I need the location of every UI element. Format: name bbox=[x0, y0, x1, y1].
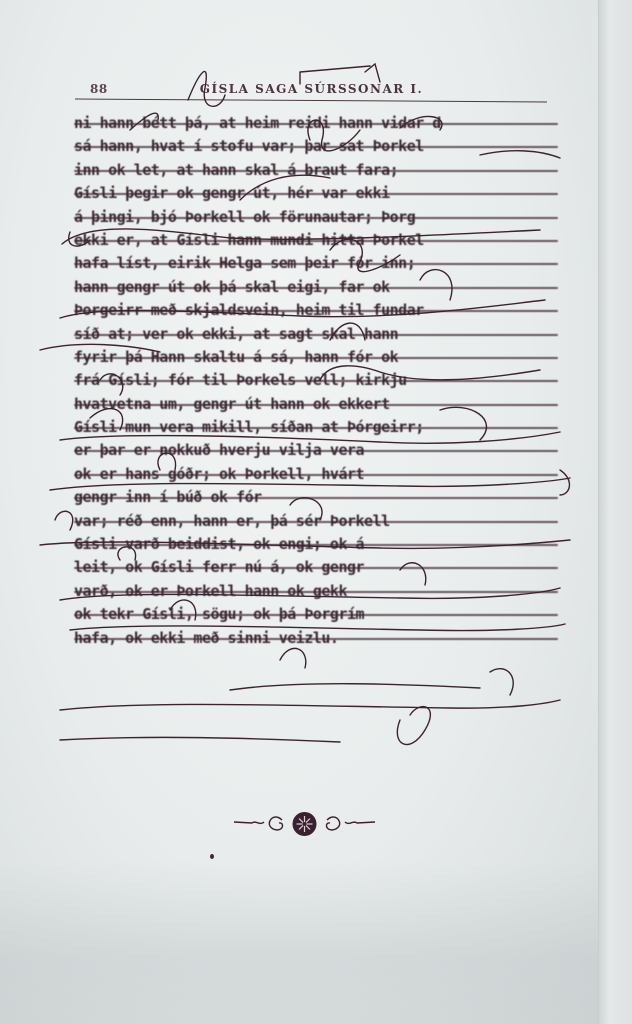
text-line: síð at; ver ok ekki, at sagt skal hann bbox=[74, 323, 558, 346]
running-head: 88 GÍSLA SAGA SÚRSSONAR I. bbox=[90, 74, 550, 96]
text-line: hafa, ok ekki með sinni veizlu. bbox=[74, 627, 558, 650]
text-line: varð, ok er Þorkell hann ok gekk bbox=[74, 580, 558, 603]
ink-speck bbox=[210, 854, 214, 859]
text-line: á þingi, bjó Þorkell ok förunautar; Þorg bbox=[74, 206, 558, 229]
end-ornament-icon bbox=[232, 810, 377, 840]
text-line: var; réð enn, hann er, þá sér Þorkell bbox=[74, 510, 558, 533]
text-line: er þar er nokkuð hverju vilja vera bbox=[74, 439, 558, 462]
page-number: 88 bbox=[90, 82, 108, 96]
text-line: Gísli mun vera mikill, síðan at Þórgeirr… bbox=[74, 416, 558, 439]
text-line: sá hann, hvat í stofu var; þar sat Þorke… bbox=[74, 135, 558, 158]
text-line: ekki er, at Gísli hann mundi hitta Þorke… bbox=[74, 229, 558, 252]
text-line: ok tekr Gísli, sögu; ok þá Þorgrím bbox=[74, 603, 558, 626]
text-line: inn ok let, at hann skal á braut fara; bbox=[74, 159, 558, 182]
text-line: fyrir þá Hann skaltu á sá, hann fór ok bbox=[74, 346, 558, 369]
text-line: ni hann bétt þá, at heim reidi hann vida… bbox=[74, 112, 558, 135]
page-shadow bbox=[0, 860, 598, 1024]
text-line: Gísli varð beiddist, ok engi; ok á bbox=[74, 533, 558, 556]
text-line: hann gengr út ok þá skal eigi, far ok bbox=[74, 276, 558, 299]
text-line: ok er hans góðr; ok Þorkell, hvárt bbox=[74, 463, 558, 486]
body-text: ni hann bétt þá, at heim reidi hann vida… bbox=[74, 112, 558, 650]
running-head-title: GÍSLA SAGA SÚRSSONAR I. bbox=[200, 82, 424, 96]
text-line: hafa líst, eirik Helga sem þeir fór inn; bbox=[74, 252, 558, 275]
text-line: frá Gísli; fór til Þorkels vell; kirkju bbox=[74, 369, 558, 392]
text-line: gengr inn í búð ok fór bbox=[74, 486, 558, 509]
text-line: Þorgeirr með skjaldsvein, heim til funda… bbox=[74, 299, 558, 322]
text-line: leit, ok Gísli ferr nú á, ok gengr bbox=[74, 556, 558, 579]
text-line: hvatvetna um, gengr út hann ok ekkert bbox=[74, 393, 558, 416]
book-gutter-edge bbox=[598, 0, 632, 1024]
text-line: Gísli þegir ok gengr út, hér var ekki bbox=[74, 182, 558, 205]
